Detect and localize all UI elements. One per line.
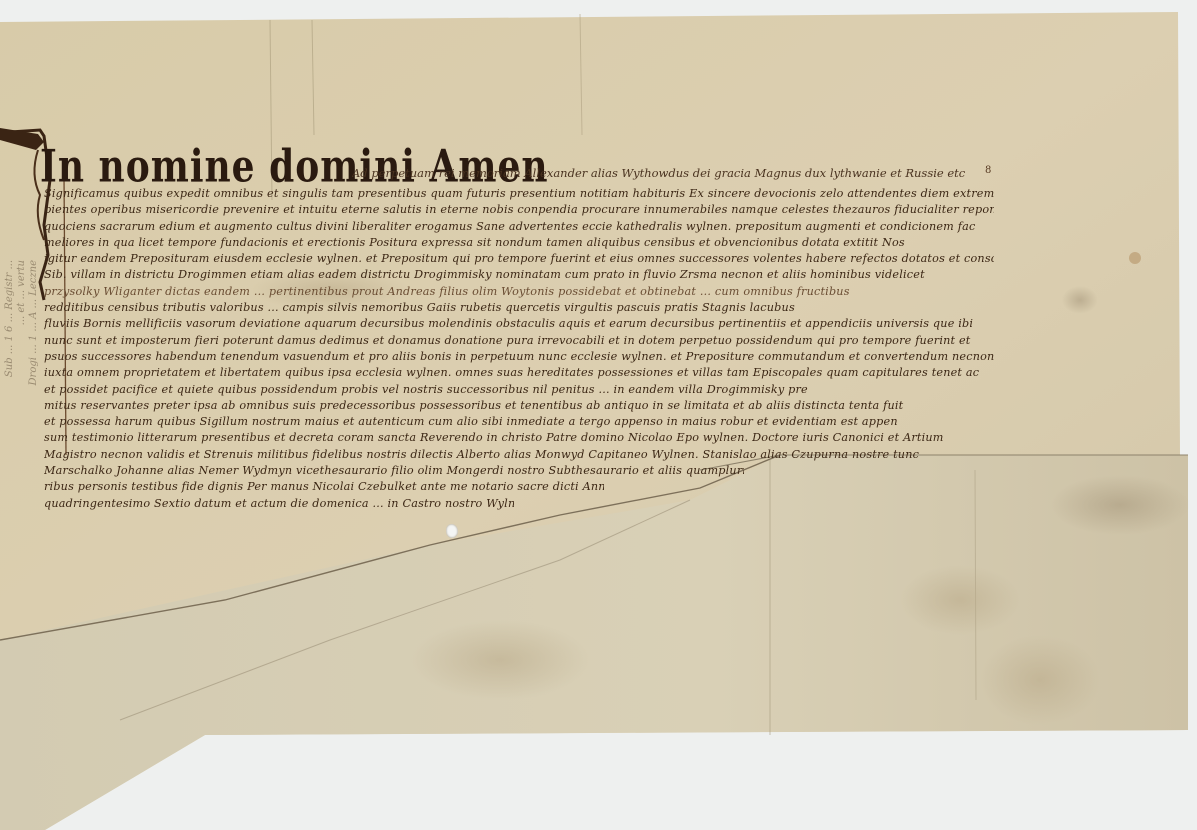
text-line: redditibus censibus tributis valoribus .… bbox=[44, 300, 994, 316]
text-line: Significamus quibus expedit omnibus et s… bbox=[44, 186, 994, 202]
text-line: quociens sacrarum edium et augmento cult… bbox=[44, 219, 994, 235]
margin-note: Drogi ... 1 ... A ... Leczne bbox=[28, 260, 39, 385]
text-line: sum testimonio litterarum presentibus et… bbox=[44, 430, 994, 446]
text-line: nunc sunt et imposterum fieri poterunt d… bbox=[44, 333, 994, 349]
text-line: et possidet pacifice et quiete quibus po… bbox=[44, 382, 994, 398]
text-line: iuxta omnem proprietatem et libertatem q… bbox=[44, 365, 994, 381]
text-line: pientes operibus misericordie prevenire … bbox=[44, 202, 994, 218]
text-line: ribus personis testibus fide dignis Per … bbox=[44, 479, 604, 495]
shelfmark-note: 8 bbox=[985, 165, 991, 176]
text-line: Sib. villam in districtu Drogimmen etiam… bbox=[44, 267, 994, 283]
text-line: Marschalko Johanne alias Nemer Wydmyn vi… bbox=[44, 463, 744, 479]
charter-first-line: Ad perpetuam rei memoriam Allexander ali… bbox=[352, 166, 992, 180]
text-line: quadringentesimo Sextio datum et actum d… bbox=[44, 496, 514, 512]
text-line: psuos successores habendum tenendum vasu… bbox=[44, 349, 994, 365]
text-line: mitus reservantes preter ipsa ab omnibus… bbox=[44, 398, 994, 414]
text-line: Magistro necnon validis et Strenuis mili… bbox=[44, 447, 994, 463]
margin-notes: Sub ... 1 6 ... Registr ... ... et ... v… bbox=[2, 260, 42, 620]
text-line: igitur eandem Preposituram eiusdem eccle… bbox=[44, 251, 994, 267]
margin-note: Sub ... 1 6 ... Registr ... bbox=[4, 260, 15, 377]
parchment-hole bbox=[446, 524, 458, 538]
charter-body: Significamus quibus expedit omnibus et s… bbox=[44, 186, 994, 512]
text-line: fluviis Bornis mellificiis vasorum devia… bbox=[44, 316, 994, 332]
text-line: meliores in qua licet tempore fundacioni… bbox=[44, 235, 994, 251]
text-line: przysolky Wliganter dictas eandem ... pe… bbox=[44, 284, 994, 300]
margin-note: ... et ... vertu bbox=[16, 260, 27, 325]
text-line: et possessa harum quibus Sigillum nostru… bbox=[44, 414, 994, 430]
document-scan: In nomine domini Amen Ad perpetuam rei m… bbox=[0, 0, 1197, 830]
